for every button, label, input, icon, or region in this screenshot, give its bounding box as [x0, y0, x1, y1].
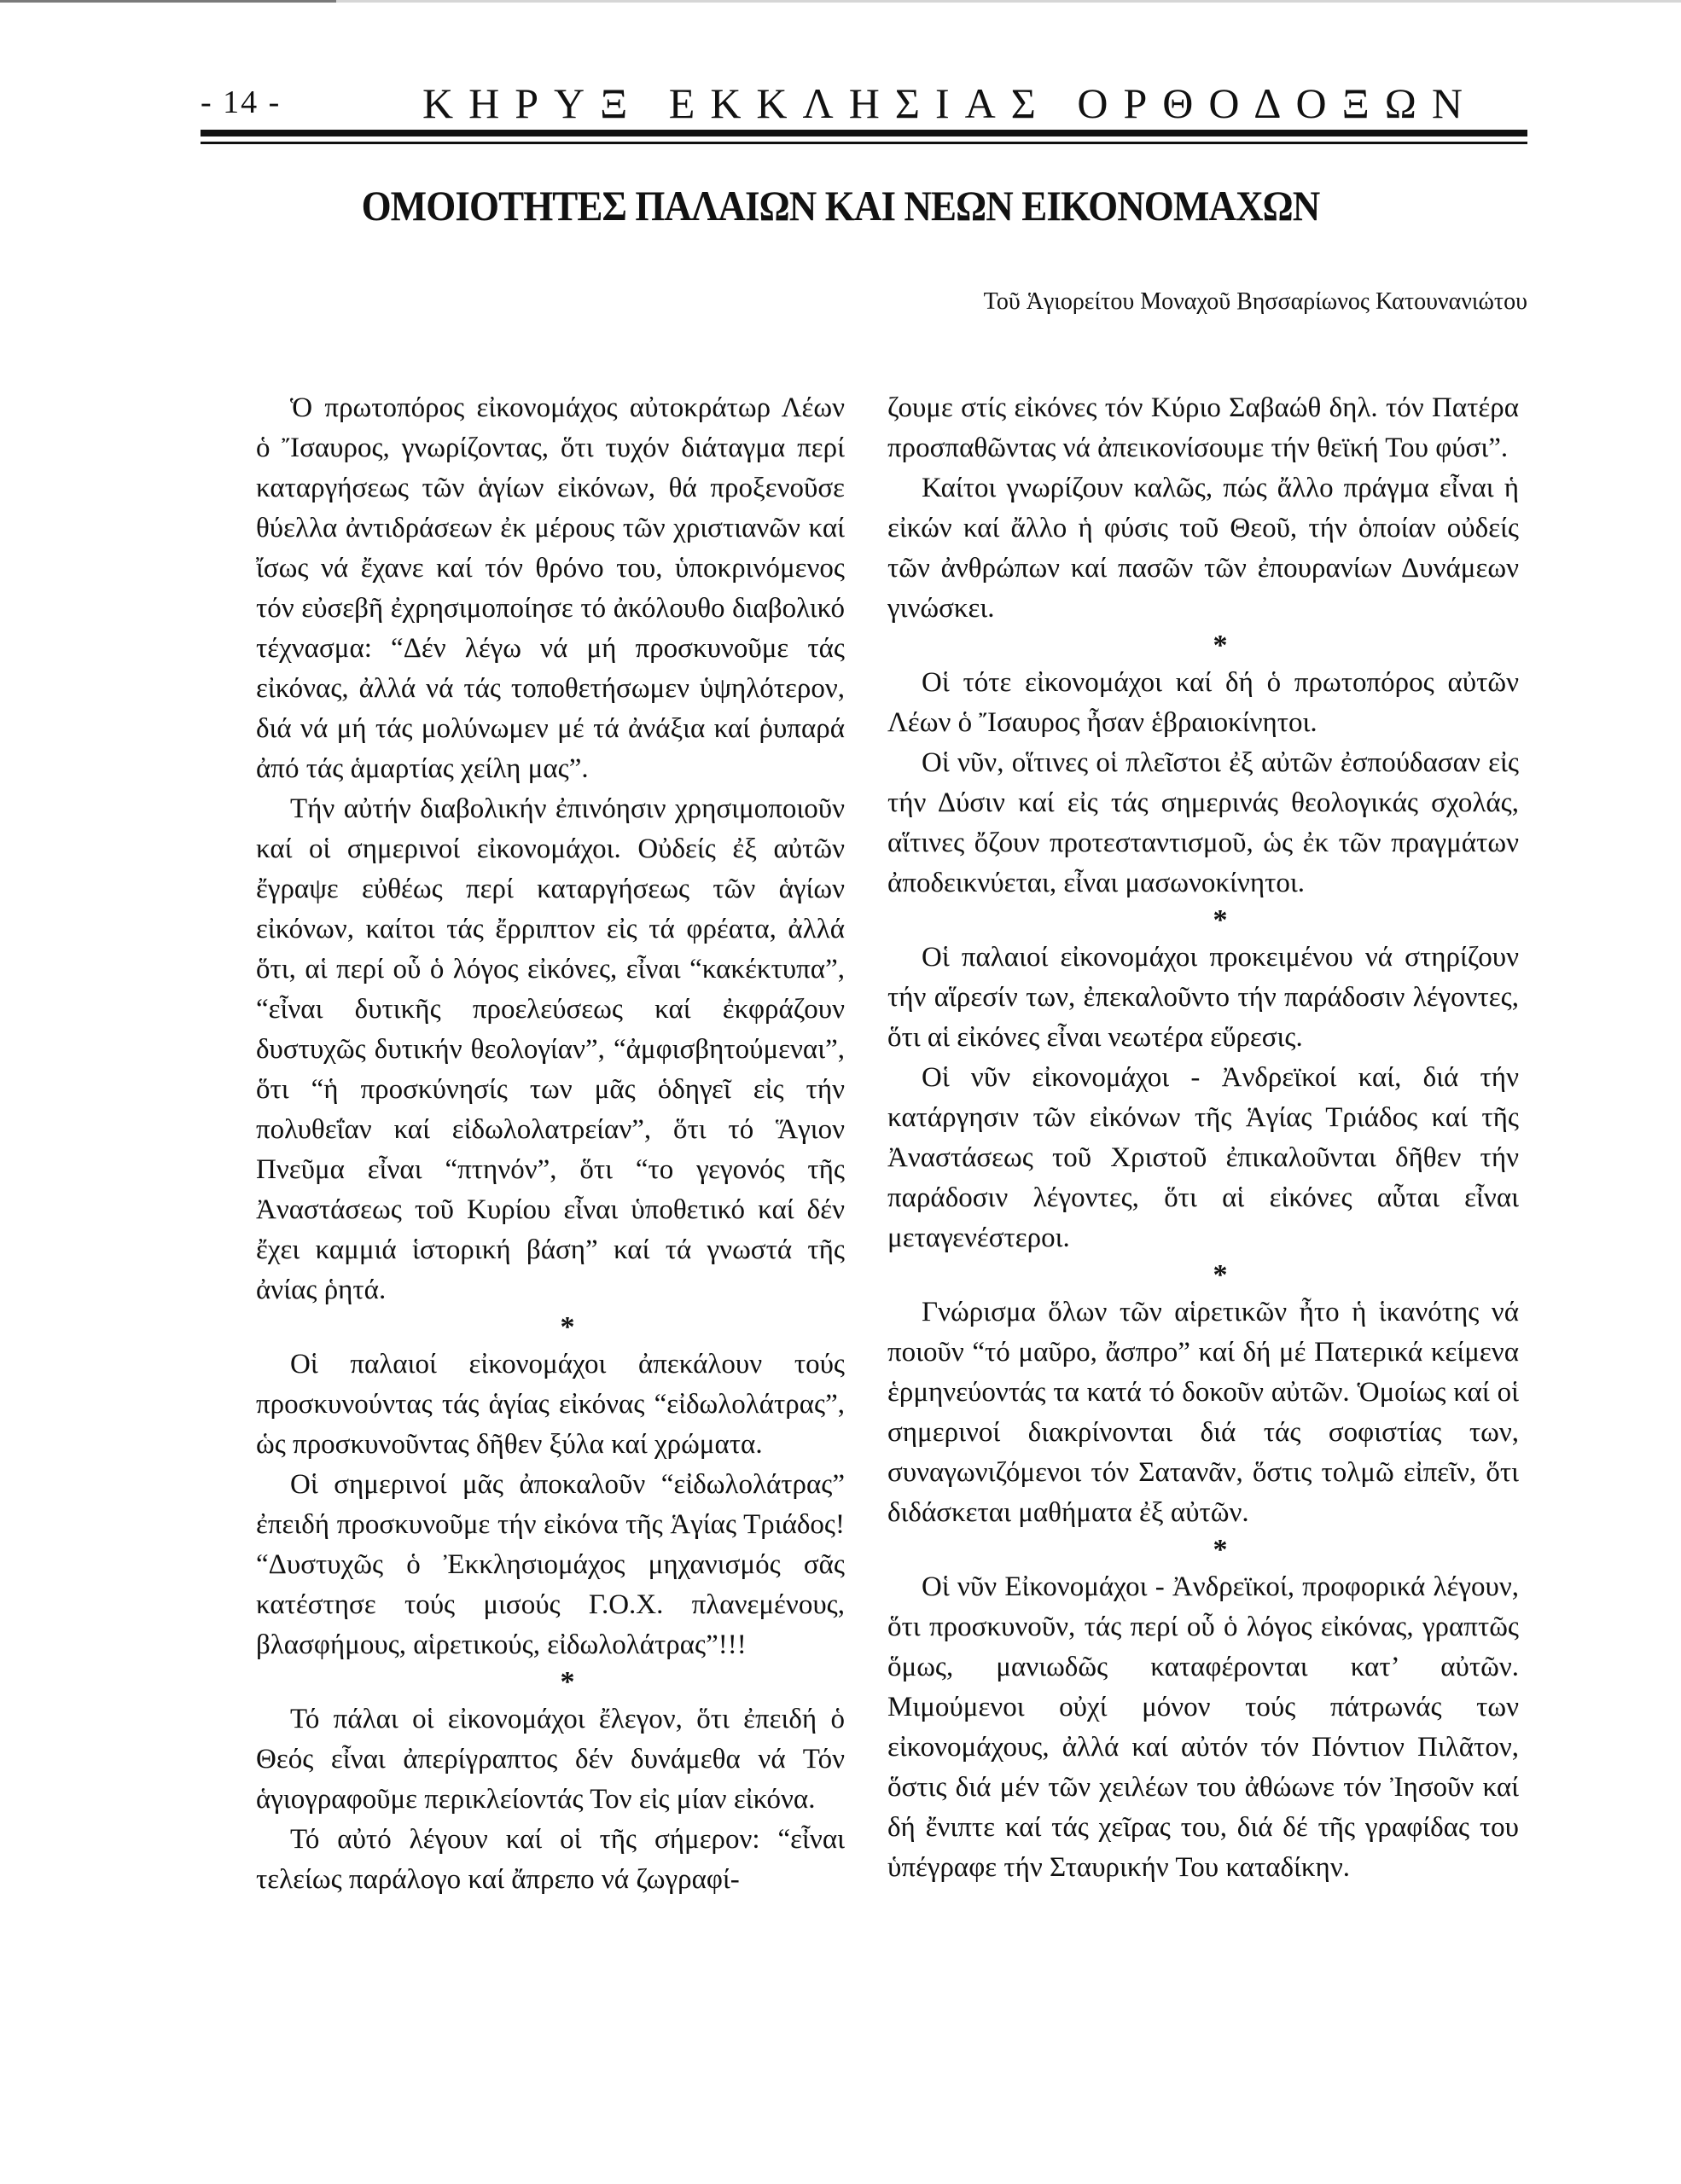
paragraph: Οἱ νῦν εἰκονομάχοι - Ἀνδρεϊκοί καί, διά … — [887, 1058, 1519, 1258]
section-separator: * — [887, 1258, 1519, 1292]
paragraph: Οἱ νῦν, οἵτινες οἱ πλεῖστοι ἐξ αὐτῶν ἐσπ… — [887, 743, 1519, 903]
paragraph: Τήν αὐτήν διαβολικήν ἐπινόησιν χρησιμοπο… — [256, 789, 845, 1310]
paragraph: Οἱ νῦν Εἰκονομάχοι - Ἀνδρεϊκοί, προφορικ… — [887, 1567, 1519, 1888]
article-title: ΟΜΟΙΟΤΗΤΕΣ ΠΑΛΑΙΩΝ ΚΑΙ ΝΕΩΝ ΕΙΚΟΝΟΜΑΧΩΝ — [84, 181, 1597, 230]
section-separator: * — [887, 903, 1519, 938]
paragraph: Τό πάλαι οἱ εἰκονομάχοι ἔλεγον, ὅτι ἐπει… — [256, 1699, 845, 1820]
running-header: - 14 - ΚΗΡΥΞ ΕΚΚΛΗΣΙΑΣ ΟΡΘΟΔΟΞΩΝ — [201, 78, 1523, 130]
paragraph: Οἱ σημερινοί μᾶς ἀποκαλοῦν “εἰδωλολάτρας… — [256, 1465, 845, 1665]
section-separator: * — [256, 1310, 845, 1345]
right-column: ζουμε στίς εἰκόνες τόν Κύριο Σαβαώθ δηλ.… — [887, 388, 1519, 1888]
section-separator: * — [256, 1665, 845, 1699]
paragraph: Οἱ τότε εἰκονομάχοι καί δή ὁ πρωτοπόρος … — [887, 663, 1519, 743]
header-rule-thin — [201, 142, 1527, 144]
paragraph: Οἱ παλαιοί εἰκονομάχοι ἀπεκάλουν τούς πρ… — [256, 1345, 845, 1465]
paragraph: Γνώρισμα ὅλων τῶν αἱρετικῶν ἦτο ἡ ἱκανότ… — [887, 1292, 1519, 1533]
section-separator: * — [887, 1533, 1519, 1567]
section-separator: * — [887, 629, 1519, 663]
journal-title: ΚΗΡΥΞ ΕΚΚΛΗΣΙΑΣ ΟΡΘΟΔΟΞΩΝ — [422, 78, 1478, 128]
paragraph: Καίτοι γνωρίζουν καλῶς, πώς ἄλλο πράγμα … — [887, 468, 1519, 629]
paragraph: ζουμε στίς εἰκόνες τόν Κύριο Σαβαώθ δηλ.… — [887, 388, 1519, 468]
left-column: Ὁ πρωτοπόρος εἰκονομάχος αὐτοκράτωρ Λέων… — [256, 388, 845, 1900]
page-number: - 14 - — [201, 84, 281, 121]
paragraph: Ὁ πρωτοπόρος εἰκονομάχος αὐτοκράτωρ Λέων… — [256, 388, 845, 789]
header-rule-thick — [201, 130, 1527, 136]
scan-edge — [0, 0, 1681, 3]
paragraph: Οἱ παλαιοί εἰκονομάχοι προκειμένου νά στ… — [887, 938, 1519, 1058]
paragraph: Τό αὐτό λέγουν καί οἱ τῆς σήμερον: “εἶνα… — [256, 1820, 845, 1900]
article-author: Τοῦ Ἁγιορείτου Μοναχοῦ Βησσαρίωνος Κατου… — [984, 288, 1527, 316]
